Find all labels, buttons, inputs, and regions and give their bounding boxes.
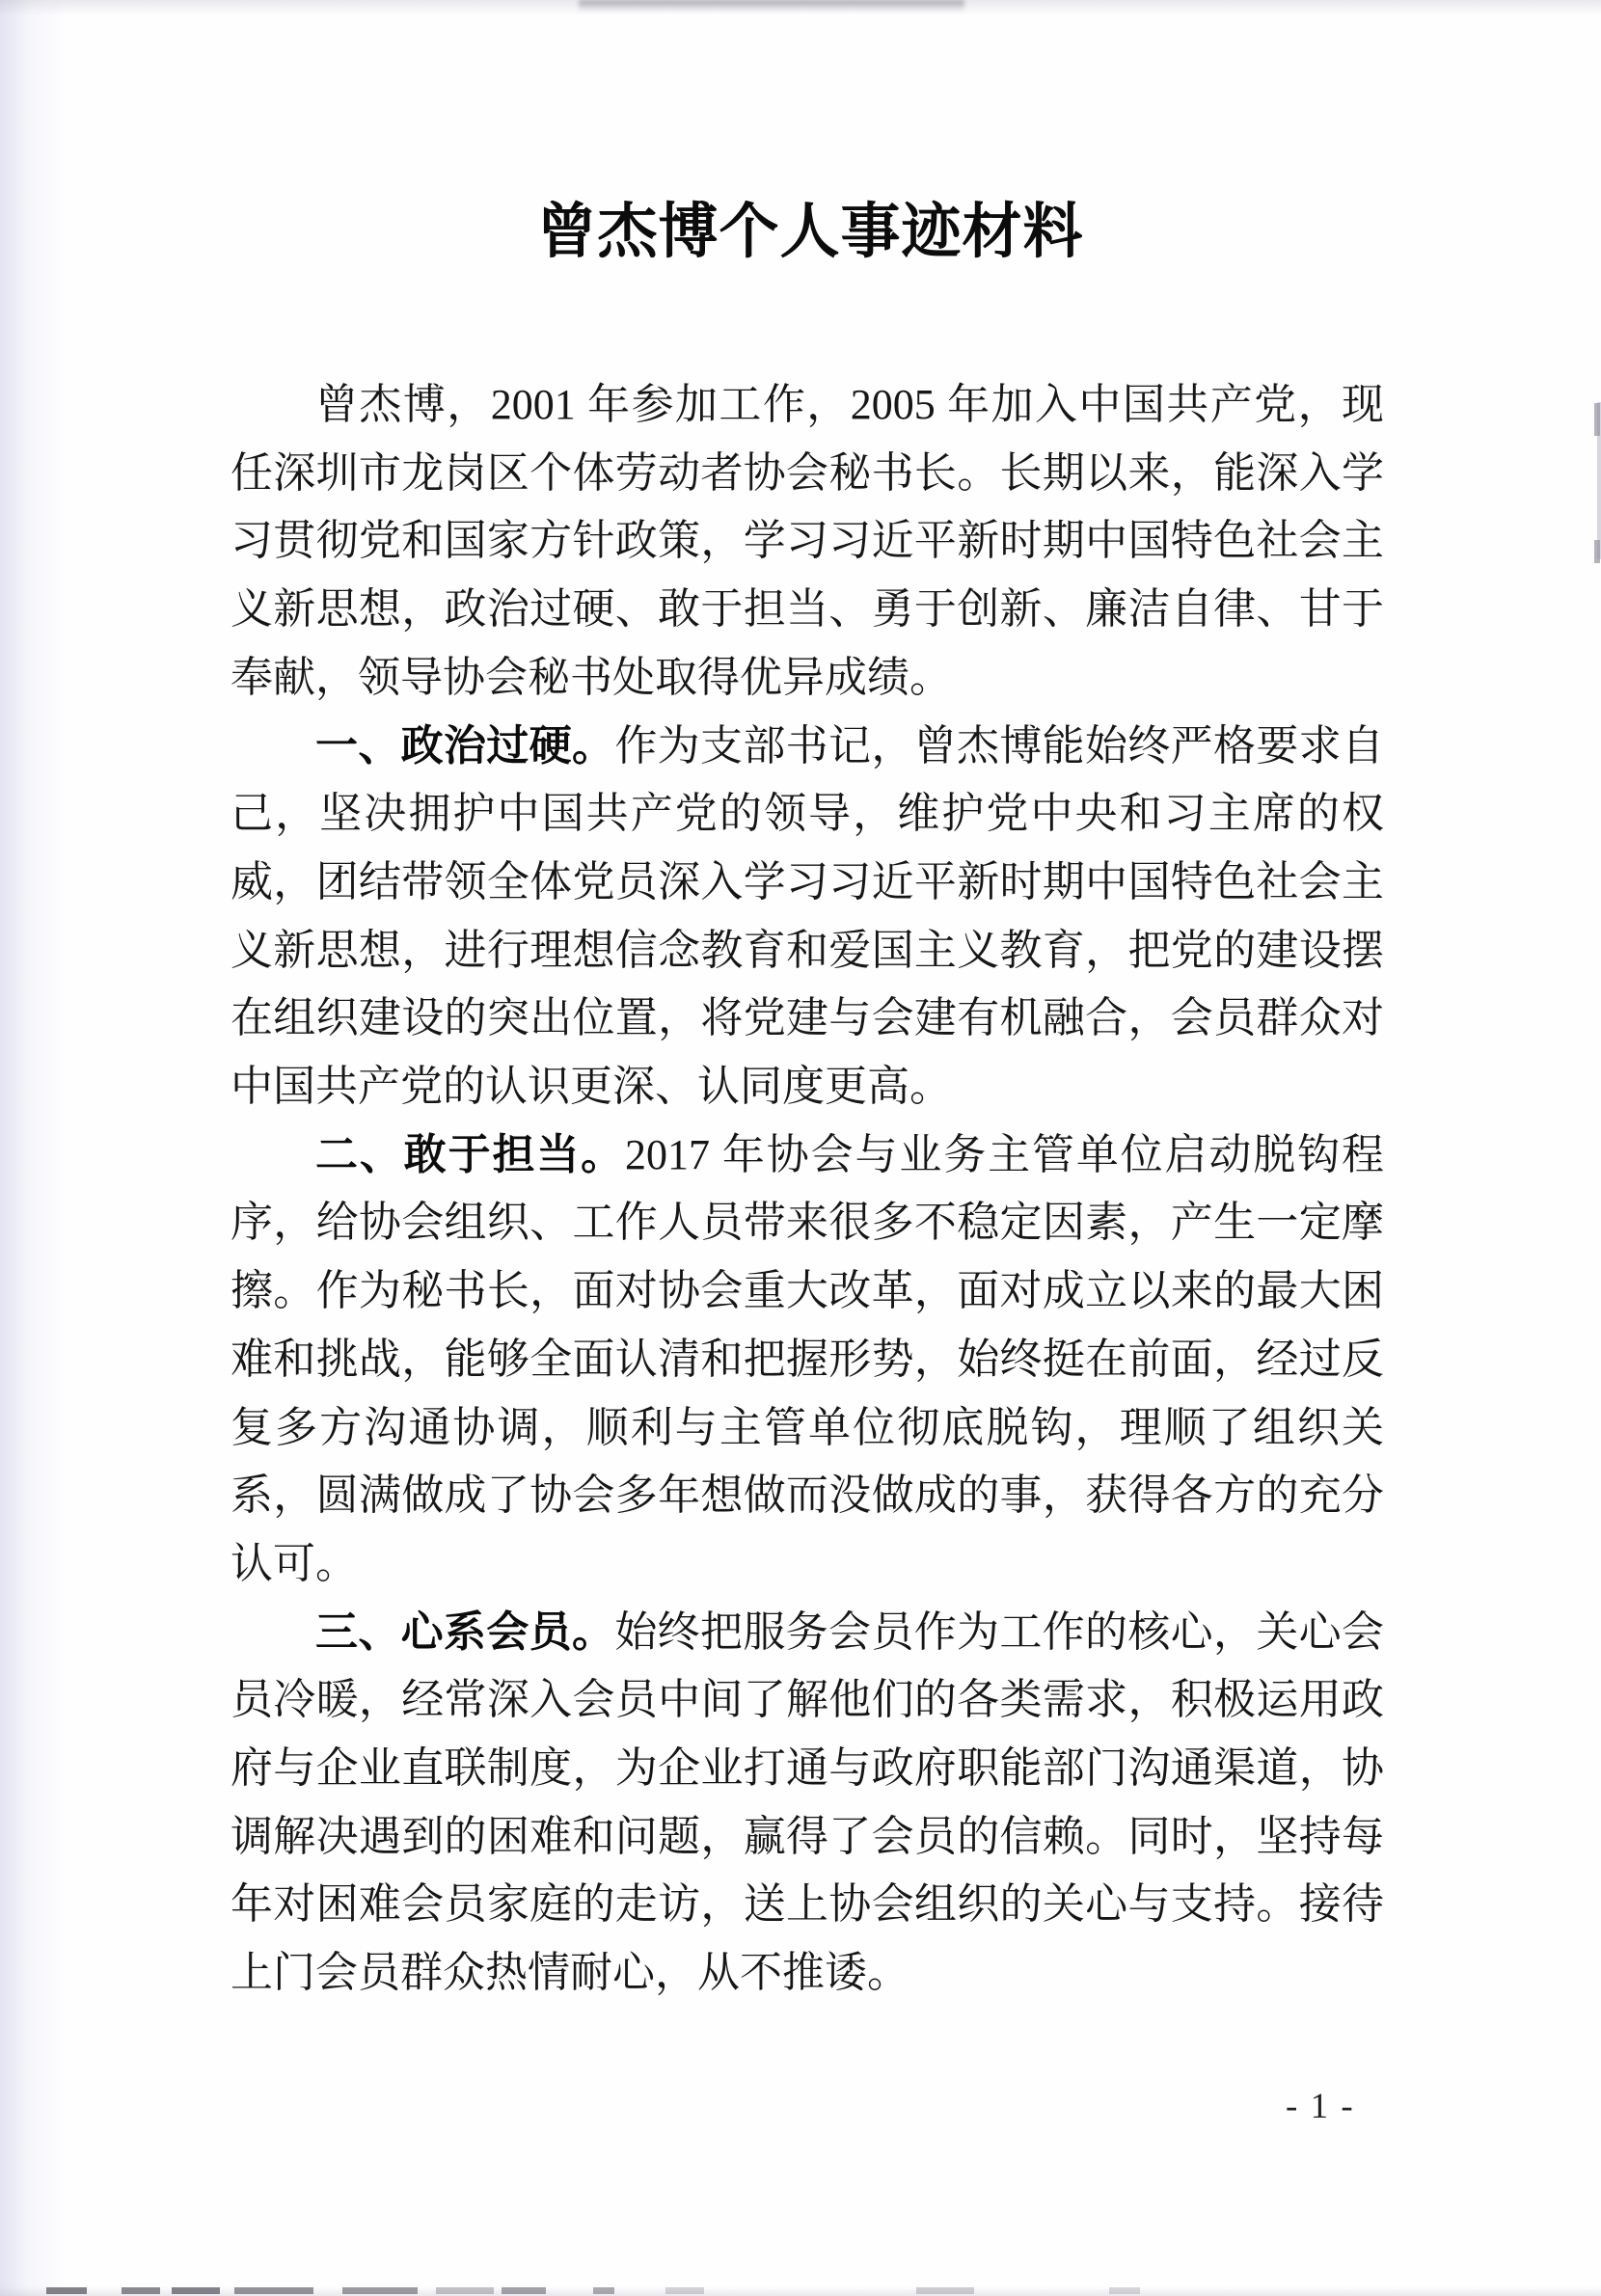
- paragraph-intro: 曾杰博，2001 年参加工作，2005 年加入中国共产党，现任深圳市龙岗区个体劳…: [231, 371, 1384, 713]
- scanned-document-page: 曾杰博个人事迹材料 曾杰博，2001 年参加工作，2005 年加入中国共产党，现…: [0, 0, 1601, 2296]
- scan-artifact-bottom-dash: [122, 2287, 160, 2294]
- scan-artifact-bottom-dash: [46, 2287, 87, 2294]
- scan-artifact-bottom-dash: [593, 2287, 614, 2294]
- paragraph-section-2-heading: 二、敢于担当。: [315, 1131, 625, 1178]
- document-title: 曾杰博个人事迹材料: [10, 195, 1601, 270]
- scan-artifact-top-band: [0, 0, 1601, 15]
- paragraph-section-1-heading: 一、政治过硬。: [315, 722, 614, 770]
- scan-artifact-right-mark: [1594, 540, 1600, 563]
- scan-artifact-bottom-dash: [436, 2287, 494, 2294]
- paragraph-section-3-text: 始终把服务会员作为工作的核心，关心会员冷暖，经常深入会员中间了解他们的各类需求，…: [231, 1608, 1384, 1997]
- paragraph-intro-text: 曾杰博，2001 年参加工作，2005 年加入中国共产党，现任深圳市龙岗区个体劳…: [231, 381, 1384, 701]
- scan-artifact-bottom-dash: [502, 2287, 546, 2294]
- scan-artifact-left-band: [0, 0, 68, 2296]
- scan-artifact-right-mark: [1594, 403, 1600, 436]
- scan-artifact-bottom-haze: [0, 2286, 1601, 2296]
- document-body: 曾杰博，2001 年参加工作，2005 年加入中国共产党，现任深圳市龙岗区个体劳…: [231, 371, 1384, 2008]
- paragraph-section-2-text: 2017 年协会与业务主管单位启动脱钩程序，给协会组织、工作人员带来很多不稳定因…: [231, 1131, 1384, 1587]
- scan-artifact-bottom-dash: [234, 2287, 313, 2294]
- paragraph-section-3: 三、心系会员。始终把服务会员作为工作的核心，关心会员冷暖，经常深入会员中间了解他…: [231, 1599, 1384, 2008]
- page-number: - 1 -: [1286, 2086, 1355, 2127]
- paragraph-section-1: 一、政治过硬。作为支部书记，曾杰博能始终严格要求自己，坚决拥护中国共产党的领导，…: [231, 713, 1384, 1121]
- paragraph-section-3-heading: 三、心系会员。: [315, 1608, 614, 1656]
- paragraph-section-2: 二、敢于担当。2017 年协会与业务主管单位启动脱钩程序，给协会组织、工作人员带…: [231, 1121, 1384, 1599]
- scan-artifact-top-streak: [579, 0, 964, 13]
- scan-artifact-bottom-dash: [665, 2287, 704, 2294]
- scan-artifact-bottom-dash: [916, 2287, 974, 2294]
- scan-artifact-bottom-dash: [342, 2287, 418, 2294]
- paragraph-section-1-text: 作为支部书记，曾杰博能始终严格要求自己，坚决拥护中国共产党的领导，维护党中央和习…: [231, 722, 1384, 1111]
- scan-artifact-bottom-dash: [1109, 2287, 1140, 2294]
- scan-artifact-right-line: [1597, 402, 1601, 559]
- scan-artifact-bottom-dash: [172, 2287, 220, 2294]
